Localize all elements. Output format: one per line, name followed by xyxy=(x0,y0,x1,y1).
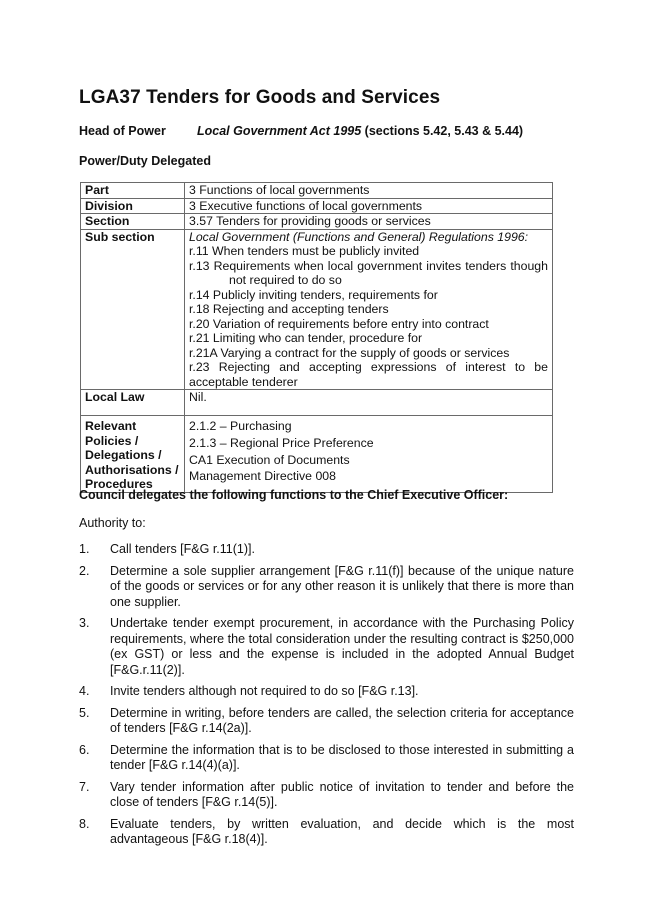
regulation-line: r.20 Variation of requirements before en… xyxy=(189,317,548,332)
policy-item: CA1 Execution of Documents xyxy=(189,452,548,469)
regulation-line: r.18 Rejecting and accepting tenders xyxy=(189,302,548,317)
act-name: Local Government Act 1995 xyxy=(197,124,361,138)
row-value: 3 Executive functions of local governmen… xyxy=(185,198,553,214)
head-of-power-label: Head of Power xyxy=(79,124,166,138)
item-number: 5. xyxy=(79,706,89,722)
regulation-line: r.21 Limiting who can tender, procedure … xyxy=(189,331,548,346)
item-text: Determine a sole supplier arrangement [F… xyxy=(110,564,574,609)
list-item: 1.Call tenders [F&G r.11(1)]. xyxy=(79,542,574,558)
power-duty-heading: Power/Duty Delegated xyxy=(79,154,211,168)
page-title: LGA37 Tenders for Goods and Services xyxy=(79,87,440,109)
council-delegates-heading: Council delegates the following function… xyxy=(79,488,508,502)
label-line: Authorisations / xyxy=(85,463,180,478)
item-text: Call tenders [F&G r.11(1)]. xyxy=(110,542,255,556)
list-item: 4.Invite tenders although not required t… xyxy=(79,684,574,700)
table-row-local-law: Local Law Nil. xyxy=(81,390,553,416)
authority-to-label: Authority to: xyxy=(79,516,146,530)
row-label: Part xyxy=(81,183,185,199)
regulation-line: r.11 When tenders must be publicly invit… xyxy=(189,244,548,259)
policy-item: 2.1.3 – Regional Price Preference xyxy=(189,435,548,452)
table-row-section: Section 3.57 Tenders for providing goods… xyxy=(81,214,553,230)
row-label: Sub section xyxy=(81,229,185,390)
item-number: 4. xyxy=(79,684,89,700)
row-label: Local Law xyxy=(81,390,185,416)
policy-item: Management Directive 008 xyxy=(189,468,548,485)
list-item: 5.Determine in writing, before tenders a… xyxy=(79,706,574,737)
item-number: 2. xyxy=(79,564,89,580)
regulation-line: r.14 Publicly inviting tenders, requirem… xyxy=(189,288,548,303)
item-number: 7. xyxy=(79,780,89,796)
document-page: LGA37 Tenders for Goods and Services Hea… xyxy=(0,0,653,923)
regulation-line: acceptable tenderer xyxy=(189,375,548,390)
policy-item: 2.1.2 – Purchasing xyxy=(189,418,548,435)
list-item: 6.Determine the information that is to b… xyxy=(79,743,574,774)
head-of-power-value: Local Government Act 1995 (sections 5.42… xyxy=(197,124,523,138)
item-text: Determine the information that is to be … xyxy=(110,743,574,773)
item-text: Vary tender information after public not… xyxy=(110,780,574,810)
row-label: Section xyxy=(81,214,185,230)
authority-list: 1.Call tenders [F&G r.11(1)]. 2.Determin… xyxy=(79,542,574,854)
item-number: 6. xyxy=(79,743,89,759)
list-item: 3.Undertake tender exempt procurement, i… xyxy=(79,616,574,678)
item-text: Invite tenders although not required to … xyxy=(110,684,419,698)
regulation-line: r.13 Requirements when local government … xyxy=(189,259,548,274)
row-label: Division xyxy=(81,198,185,214)
act-sections: (sections 5.42, 5.43 & 5.44) xyxy=(361,124,523,138)
item-number: 8. xyxy=(79,817,89,833)
list-item: 8.Evaluate tenders, by written evaluatio… xyxy=(79,817,574,848)
regulations-title: Local Government (Functions and General)… xyxy=(189,230,548,245)
item-text: Undertake tender exempt procurement, in … xyxy=(110,616,574,677)
row-value: 3.57 Tenders for providing goods or serv… xyxy=(185,214,553,230)
regulation-line: r.21A Varying a contract for the supply … xyxy=(189,346,548,361)
row-value: 3 Functions of local governments xyxy=(185,183,553,199)
list-item: 7.Vary tender information after public n… xyxy=(79,780,574,811)
table-row-part: Part 3 Functions of local governments xyxy=(81,183,553,199)
item-text: Determine in writing, before tenders are… xyxy=(110,706,574,736)
label-line: Relevant xyxy=(85,419,180,434)
regulation-line: r.23 Rejecting and accepting expressions… xyxy=(189,360,548,375)
row-label: Relevant Policies / Delegations / Author… xyxy=(81,416,185,493)
item-number: 3. xyxy=(79,616,89,632)
item-text: Evaluate tenders, by written evaluation,… xyxy=(110,817,574,847)
regulation-line: not required to do so xyxy=(189,273,548,288)
table-row-sub-section: Sub section Local Government (Functions … xyxy=(81,229,553,390)
row-value: Nil. xyxy=(185,390,553,416)
list-item: 2.Determine a sole supplier arrangement … xyxy=(79,564,574,611)
row-value: 2.1.2 – Purchasing 2.1.3 – Regional Pric… xyxy=(185,416,553,493)
row-value: Local Government (Functions and General)… xyxy=(185,229,553,390)
table-row-policies: Relevant Policies / Delegations / Author… xyxy=(81,416,553,493)
delegation-table: Part 3 Functions of local governments Di… xyxy=(80,182,553,493)
item-number: 1. xyxy=(79,542,89,558)
label-line: Delegations / xyxy=(85,448,180,463)
table-row-division: Division 3 Executive functions of local … xyxy=(81,198,553,214)
label-line: Policies / xyxy=(85,434,180,449)
